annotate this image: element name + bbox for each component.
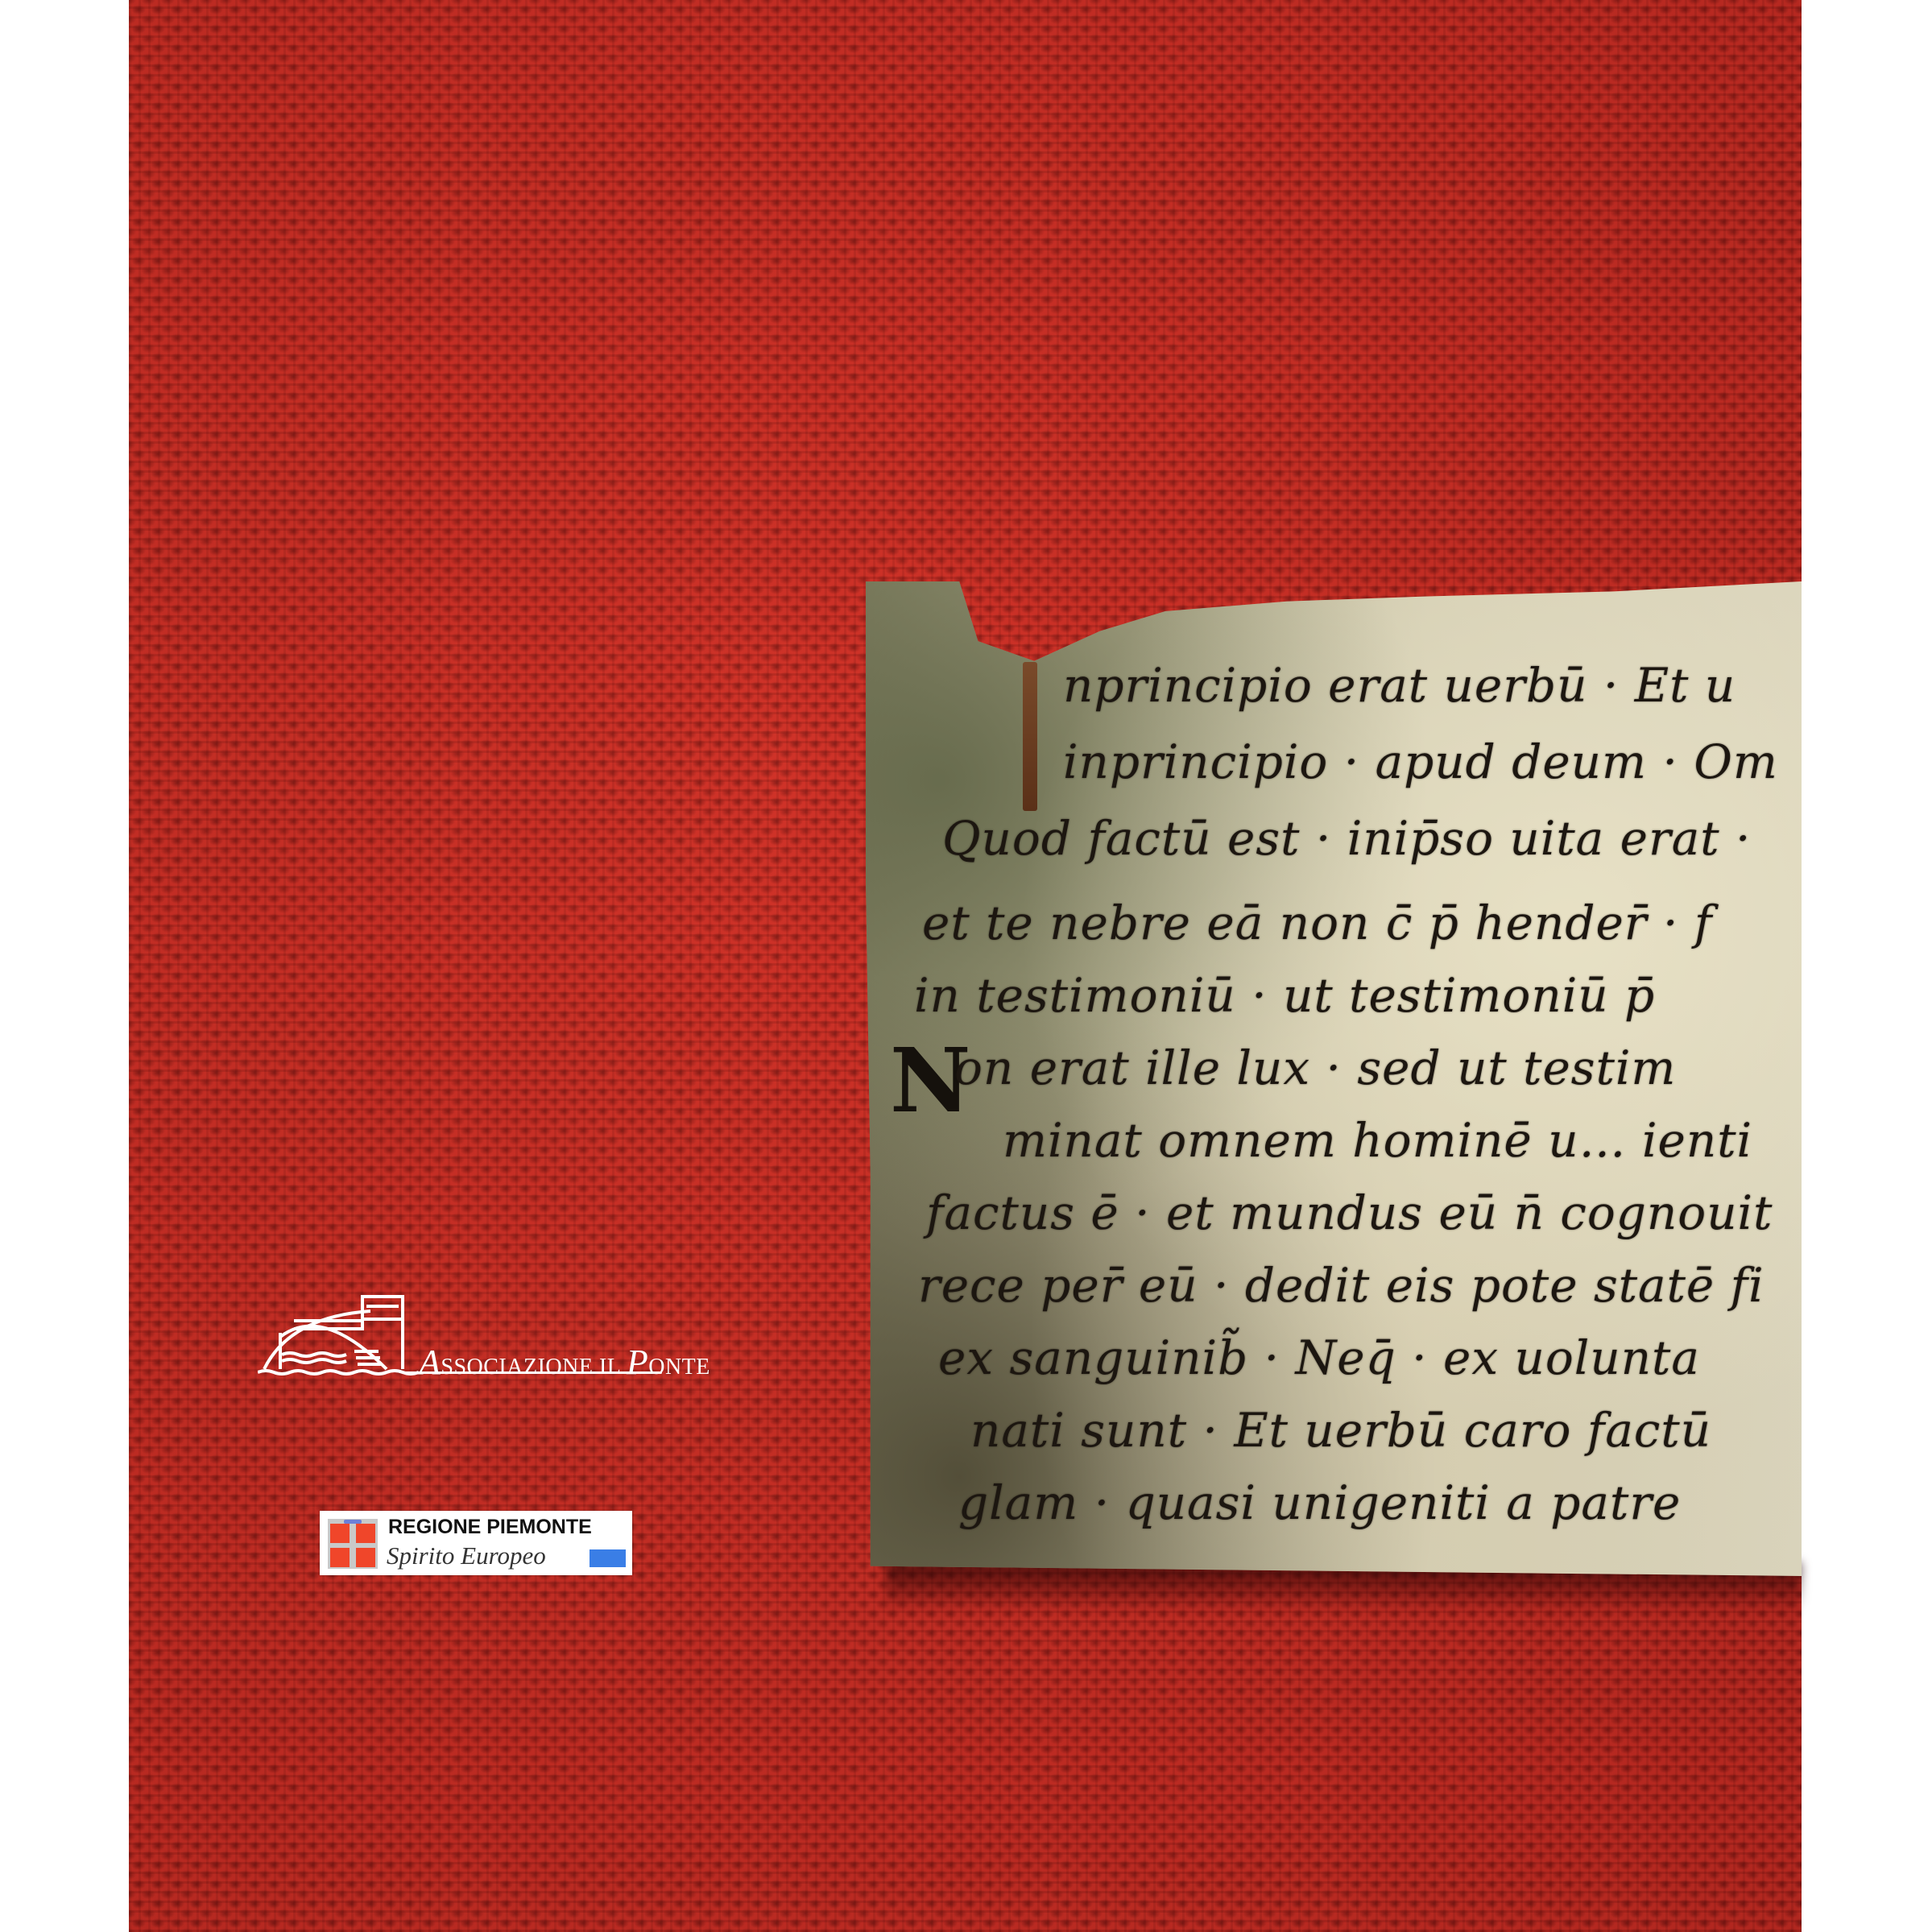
manuscript-line: nprincipio erat uerbū · Et u (1063, 662, 1735, 709)
manuscript-line: inprincipio · apud deum · Om (1063, 738, 1778, 785)
manuscript-line: nati sunt · Et uerbū caro factū (970, 1407, 1711, 1454)
manuscript-line: Quod factū est · inip̄so uita erat · (942, 815, 1751, 862)
manuscript-line: glam · quasi unigeniti a patre (958, 1479, 1681, 1526)
regione-subtitle: Spirito Europeo (387, 1541, 546, 1570)
associazione-il-ponte-logo: ASSOCIAZIONE IL PONTE (258, 1289, 693, 1377)
logo-wordmark: ASSOCIAZIONE IL PONTE (419, 1342, 710, 1383)
manuscript-line: on erat ille lux · sed ut testim (954, 1045, 1676, 1091)
bridge-over-water-icon (258, 1289, 419, 1377)
manuscript-line: minat omnem hominē u… ienti (1003, 1117, 1752, 1164)
manuscript-line: et te nebre eā non c̄ p̄ hender̄ · f (922, 900, 1712, 946)
manuscript-line: rece per̄ eū · dedit eis pote statē fi (918, 1262, 1764, 1309)
piemonte-cross-flag-icon (328, 1519, 378, 1569)
manuscript-text: nprincipio erat uerbū · Et u inprincipi… (866, 581, 1802, 1576)
regione-piemonte-badge: REGIONE PIEMONTE Spirito Europeo (320, 1511, 632, 1575)
eu-flag-icon (590, 1549, 626, 1567)
manuscript-line: in testimoniū · ut testimoniū p̄ (914, 972, 1655, 1019)
logo-wave-underline (403, 1371, 662, 1374)
manuscript-line: ex sanguinib̃ · Neq̄ · ex uolunta (938, 1334, 1700, 1381)
manuscript-fragment: N nprincipio erat uerbū · Et u inprinci… (866, 581, 1802, 1576)
regione-title: REGIONE PIEMONTE (388, 1516, 592, 1539)
manuscript-line: factus ē · et mundus eū n̄ cognouit (926, 1189, 1773, 1236)
